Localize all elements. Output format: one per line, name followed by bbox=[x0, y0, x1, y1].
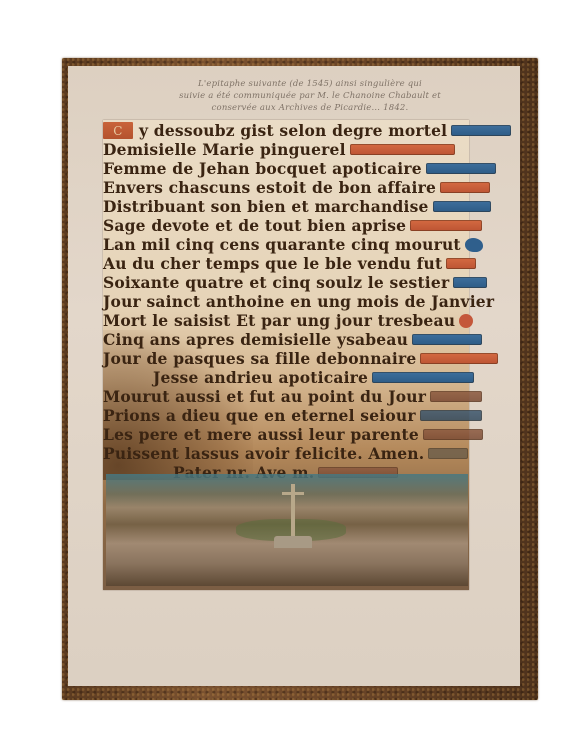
line-filler-red bbox=[420, 353, 498, 364]
verse-line: Sage devote et de tout bien aprise bbox=[103, 215, 482, 236]
line-filler-faded bbox=[423, 429, 483, 440]
verse-line: Distribuant son bien et marchandise bbox=[103, 196, 491, 217]
verse-line: Demisielle Marie pinguerel bbox=[103, 139, 455, 160]
verse-line: Jour sainct anthoine en ung mois de Janv… bbox=[103, 291, 494, 312]
annotation-line: suivie a été communiquée par M. le Chano… bbox=[100, 90, 520, 102]
line-filler-red bbox=[446, 258, 476, 269]
line-filler-blue bbox=[433, 201, 491, 212]
line-filler-blue bbox=[426, 163, 496, 174]
illuminated-initial: C bbox=[103, 122, 133, 139]
verse-line: Femme de Jehan bocquet apoticaire bbox=[103, 158, 496, 179]
verse-line: Puissent lassus avoir felicite. Amen. bbox=[103, 443, 468, 464]
verse-line: Jesse andrieu apoticaire bbox=[153, 367, 474, 388]
verse-line: Mort le saisist Et par ung jour tresbeau bbox=[103, 310, 473, 331]
line-filler-red bbox=[350, 144, 455, 155]
cross-pedestal bbox=[274, 536, 312, 548]
line-filler-red bbox=[440, 182, 490, 193]
line-filler-faded bbox=[430, 391, 482, 402]
verse-line: Au du cher temps que le ble vendu fut bbox=[103, 253, 476, 274]
verse-line: Soixante quatre et cinq soulz le sestier bbox=[103, 272, 487, 293]
verse-line: Jour de pasques sa fille debonnaire bbox=[103, 348, 498, 369]
red-rosette-ornament bbox=[459, 314, 473, 328]
line-filler-blue bbox=[372, 372, 474, 383]
painted-miniature bbox=[106, 474, 468, 586]
blue-ornament bbox=[465, 238, 483, 252]
verse-line: Envers chascuns estoit de bon affaire bbox=[103, 177, 490, 198]
handwritten-annotation: L'epitaphe suivante (de 1545) ainsi sing… bbox=[100, 78, 520, 114]
annotation-line: L'epitaphe suivante (de 1545) ainsi sing… bbox=[100, 78, 520, 90]
verse-line: C y dessoubz gist selon degre mortel bbox=[103, 120, 511, 141]
verse-line: Lan mil cinq cens quarante cinq mourut bbox=[103, 234, 483, 255]
annotation-line: conservée aux Archives de Picardie... 18… bbox=[100, 102, 520, 114]
verse-line: Mourut aussi et fut au point du Jour bbox=[103, 386, 482, 407]
line-filler-faded bbox=[420, 410, 482, 421]
verse-line: Les pere et mere aussi leur parente bbox=[103, 424, 483, 445]
cross-bar bbox=[282, 492, 304, 495]
line-filler-blue bbox=[451, 125, 511, 136]
verse-line: Cinq ans apres demisielle ysabeau bbox=[103, 329, 482, 350]
line-filler-faded bbox=[428, 448, 468, 459]
line-filler-blue bbox=[453, 277, 487, 288]
line-filler-red bbox=[410, 220, 482, 231]
verse-line: Prions a dieu que en eternel seiour bbox=[103, 405, 482, 426]
line-filler-blue bbox=[412, 334, 482, 345]
